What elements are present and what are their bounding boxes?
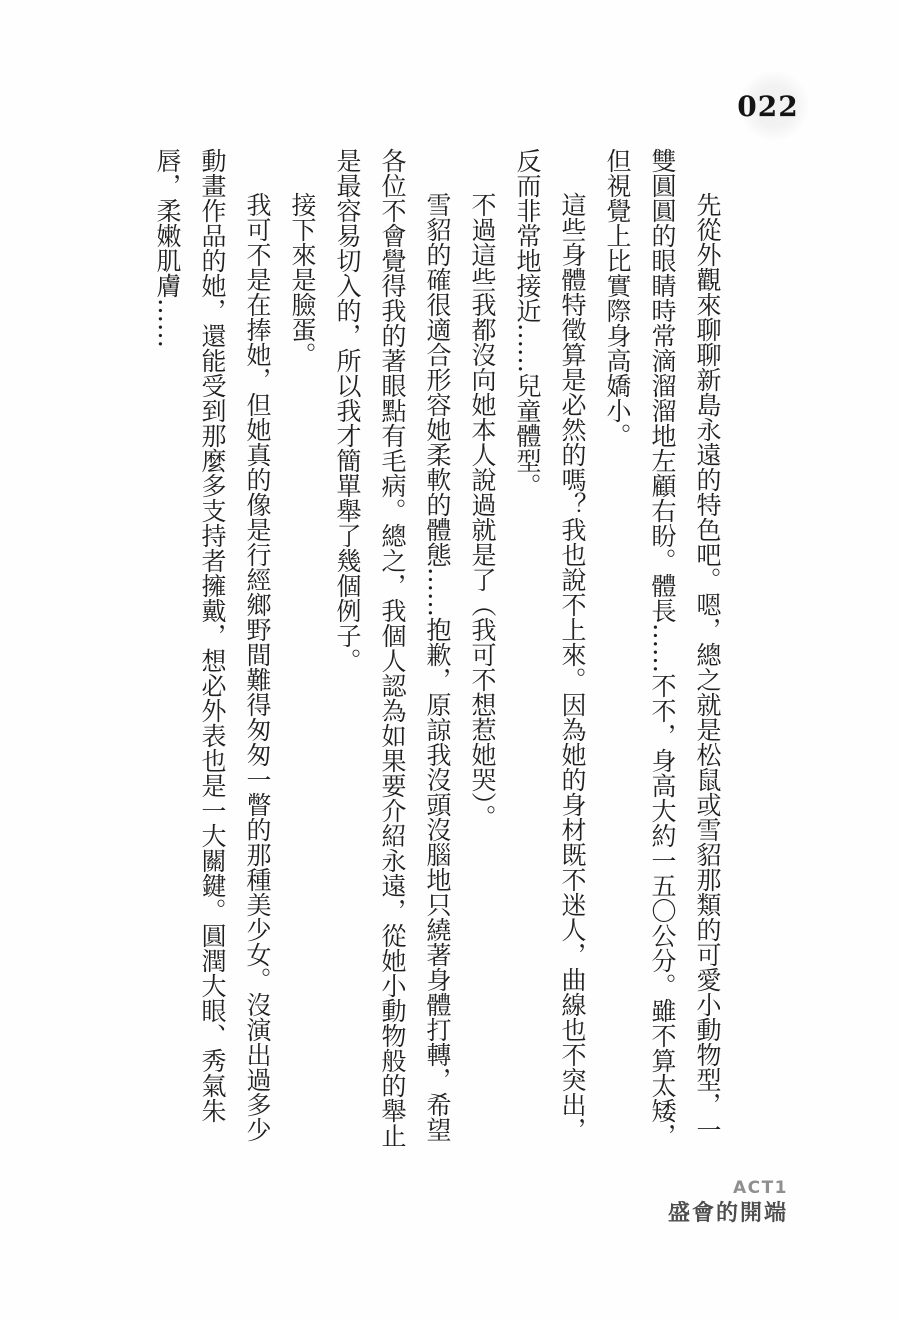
chapter-title: 盛會的開端 bbox=[668, 1201, 788, 1227]
text-column: 動畫作品的她，還能受到那麼多支持者擁戴，想必外表也是一大關鍵。圓潤大眼、秀氣朱 bbox=[190, 148, 235, 1160]
text-column: 這些身體特徵算是必然的嗎？我也說不上來。因為她的身材既不迷人，曲線也不突出， bbox=[550, 148, 595, 1160]
text-column: 唇，柔嫩肌膚…… bbox=[145, 148, 190, 1160]
text-column: 各位不會覺得我的著眼點有毛病。總之，我個人認為如果要介紹永遠，從她小動物般的舉止 bbox=[370, 148, 415, 1160]
text-column: 先從外觀來聊聊新島永遠的特色吧。嗯，總之就是松鼠或雪貂那類的可愛小動物型，一 bbox=[685, 148, 730, 1160]
text-column: 雪貂的確很適合形容她柔軟的體態……抱歉，原諒我沒頭沒腦地只繞著身體打轉，希望 bbox=[415, 148, 460, 1160]
text-column: 接下來是臉蛋。 bbox=[280, 148, 325, 1160]
text-column: 雙圓圓的眼睛時常滴溜溜地左顧右盼。體長……不不，身高大約一五〇公分。雖不算太矮， bbox=[640, 148, 685, 1160]
page-number: 022 bbox=[737, 90, 798, 123]
body-text: 先從外觀來聊聊新島永遠的特色吧。嗯，總之就是松鼠或雪貂那類的可愛小動物型，一雙圓… bbox=[145, 148, 730, 1160]
page-number-badge: 022 bbox=[738, 70, 810, 142]
text-column: 反而非常地接近……兒童體型。 bbox=[505, 148, 550, 1160]
act-label: ACT1 bbox=[668, 1178, 788, 1198]
book-page: 022 先從外觀來聊聊新島永遠的特色吧。嗯，總之就是松鼠或雪貂那類的可愛小動物型… bbox=[0, 0, 900, 1321]
chapter-footer: ACT1 盛會的開端 bbox=[668, 1178, 788, 1228]
text-column: 我可不是在捧她，但她真的像是行經鄉野間難得匆匆一瞥的那種美少女。沒演出過多少 bbox=[235, 148, 280, 1160]
text-column: 但視覺上比實際身高嬌小。 bbox=[595, 148, 640, 1160]
text-column: 是最容易切入的，所以我才簡單舉了幾個例子。 bbox=[325, 148, 370, 1160]
text-column: 不過這些我都沒向她本人說過就是了（我可不想惹她哭）。 bbox=[460, 148, 505, 1160]
